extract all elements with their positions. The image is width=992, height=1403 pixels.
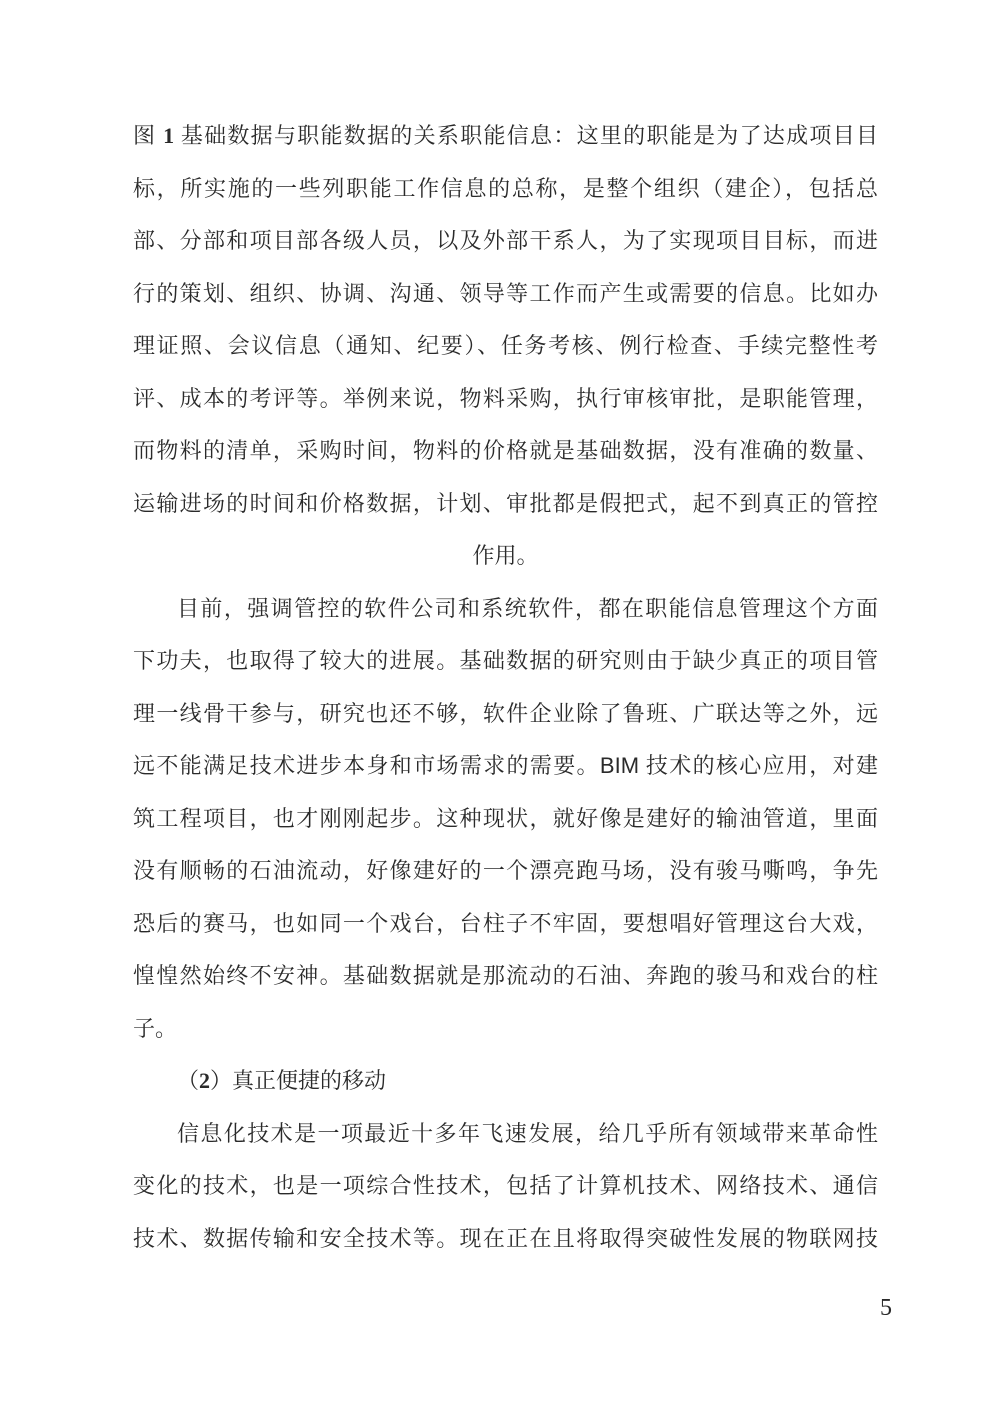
latin-acronym: BIM	[600, 753, 639, 778]
figure-caption-prefix: 图	[133, 123, 163, 148]
body-line: 评、成本的考评等。举例来说，物料采购，执行审核审批，是职能管理，	[133, 373, 878, 426]
body-line: 部、分部和项目部各级人员，以及外部干系人，为了实现项目目标，而进	[133, 215, 878, 268]
body-line: 惶惶然始终不安神。基础数据就是那流动的石油、奔跑的骏马和戏台的柱	[133, 950, 878, 1003]
body-line: 恐后的赛马，也如同一个戏台，台柱子不牢固，要想唱好管理这台大戏，	[133, 898, 878, 951]
body-line: 筑工程项目，也才刚刚起步。这种现状，就好像是建好的输油管道，里面	[133, 793, 878, 846]
heading-number: 2	[199, 1068, 210, 1093]
document-page: 图 1 基础数据与职能数据的关系职能信息：这里的职能是为了达成项目目 标，所实施…	[0, 0, 992, 1403]
body-line: 技术、数据传输和安全技术等。现在正在且将取得突破性发展的物联网技	[133, 1213, 878, 1266]
body-line-with-latin-term: 远不能满足技术进步本身和市场需求的需要。BIM 技术的核心应用，对建	[133, 740, 878, 793]
heading-title: ）真正便捷的移动	[210, 1068, 386, 1093]
body-line: 理一线骨干参与，研究也还不够，软件企业除了鲁班、广联达等之外，远	[133, 688, 878, 741]
body-text: 远不能满足技术进步本身和市场需求的需要。	[133, 753, 600, 778]
body-line: 行的策划、组织、协调、沟通、领导等工作而产生或需要的信息。比如办	[133, 268, 878, 321]
body-line: 没有顺畅的石油流动，好像建好的一个漂亮跑马场，没有骏马嘶鸣，争先	[133, 845, 878, 898]
text-block: 图 1 基础数据与职能数据的关系职能信息：这里的职能是为了达成项目目 标，所实施…	[133, 110, 878, 1265]
body-line: 标，所实施的一些列职能工作信息的总称，是整个组织（建企），包括总	[133, 163, 878, 216]
body-line: 而物料的清单，采购时间，物料的价格就是基础数据，没有准确的数量、	[133, 425, 878, 478]
paragraph-first-line: 目前，强调管控的软件公司和系统软件，都在职能信息管理这个方面	[133, 583, 878, 636]
page-number: 5	[866, 1292, 906, 1324]
body-line: 变化的技术，也是一项综合性技术，包括了计算机技术、网络技术、通信	[133, 1160, 878, 1213]
paragraph-last-line: 子。	[133, 1003, 878, 1056]
body-text: 技术的核心应用，对建	[639, 753, 878, 778]
body-line: 运输进场的时间和价格数据，计划、审批都是假把式，起不到真正的管控	[133, 478, 878, 531]
paragraph-first-line: 信息化技术是一项最近十多年飞速发展，给几乎所有领域带来革命性	[133, 1108, 878, 1161]
paragraph-last-line-centered: 作用。	[133, 530, 878, 583]
heading-open-paren: （	[177, 1068, 199, 1093]
body-line: 下功夫，也取得了较大的进展。基础数据的研究则由于缺少真正的项目管	[133, 635, 878, 688]
figure-number: 1	[163, 123, 174, 148]
figure-caption-line: 图 1 基础数据与职能数据的关系职能信息：这里的职能是为了达成项目目	[133, 110, 878, 163]
section-heading: （2）真正便捷的移动	[133, 1055, 878, 1108]
figure-caption-text: 基础数据与职能数据的关系职能信息：这里的职能是为了达成项目目	[174, 123, 878, 148]
body-line: 理证照、会议信息（通知、纪要）、任务考核、例行检查、手续完整性考	[133, 320, 878, 373]
